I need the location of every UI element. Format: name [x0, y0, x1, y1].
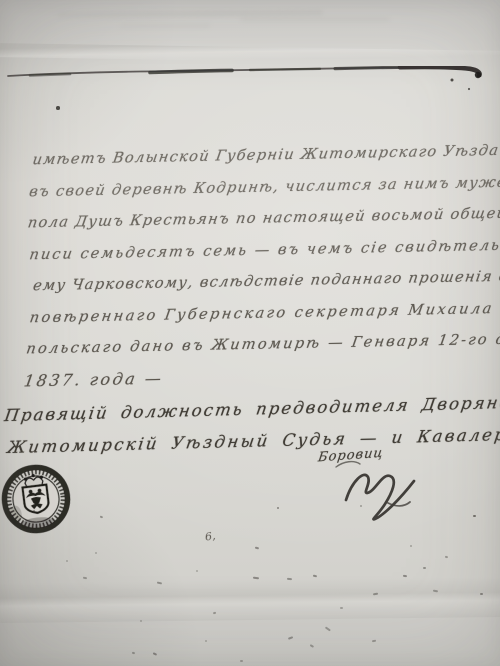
ink-speck [340, 607, 343, 609]
official-seal-stamp [0, 460, 76, 542]
handwritten-body: имѣетъ Волынской Губерніи Житомирскаго У… [24, 134, 500, 397]
ghost-text-smear [58, 11, 323, 18]
ink-speck [410, 545, 412, 547]
ink-speck [196, 570, 198, 572]
ink-speck [310, 644, 314, 647]
ink-speck [157, 581, 162, 584]
ink-speck [373, 593, 378, 595]
ink-speck [433, 590, 438, 592]
ink-speck [132, 652, 135, 654]
ink-speck [325, 626, 331, 631]
ink-speck [100, 516, 103, 518]
seal-crown-icon [24, 474, 43, 488]
ink-speck [287, 578, 292, 580]
ink-speck [445, 556, 448, 558]
ink-speck [33, 510, 35, 512]
ink-speck [277, 507, 279, 509]
ink-speck [140, 620, 142, 622]
closing-title-block: Правящій должность предводителя Дворянст… [1, 386, 500, 464]
paper-fold-crease [0, 43, 500, 65]
ink-speck [95, 552, 97, 554]
seal-legend-ring [6, 469, 66, 529]
document-photo: имѣетъ Волынской Губерніи Житомирскаго У… [0, 0, 500, 666]
ink-speck [372, 640, 376, 642]
ink-speck [313, 575, 317, 577]
ink-speck [205, 640, 207, 642]
ink-speck [240, 660, 243, 662]
ghost-text-smear [120, 24, 210, 27]
ink-speck [288, 636, 293, 639]
signature-flourish [330, 455, 440, 530]
ink-speck [423, 567, 426, 569]
ink-dot [56, 106, 60, 110]
seal-outer-ring [1, 464, 71, 534]
ink-speck [480, 593, 483, 595]
ghost-text-smear [240, 18, 390, 21]
ink-speck [253, 577, 259, 579]
ink-speck [83, 577, 87, 579]
ink-speck [153, 652, 157, 655]
seal-shield-icon [23, 485, 50, 515]
ink-speck [213, 612, 216, 614]
ink-smudge-line [0, 55, 500, 105]
ink-speck [255, 547, 259, 549]
marginal-mark: 6, [204, 529, 216, 543]
ink-speck [473, 515, 476, 517]
paper-fold-crease [0, 577, 500, 623]
seal-eagle-icon [25, 488, 47, 510]
ink-speck [403, 575, 407, 577]
ink-speck [66, 560, 68, 562]
ink-speck [360, 505, 362, 507]
signature-name: Боровиц [317, 446, 385, 466]
